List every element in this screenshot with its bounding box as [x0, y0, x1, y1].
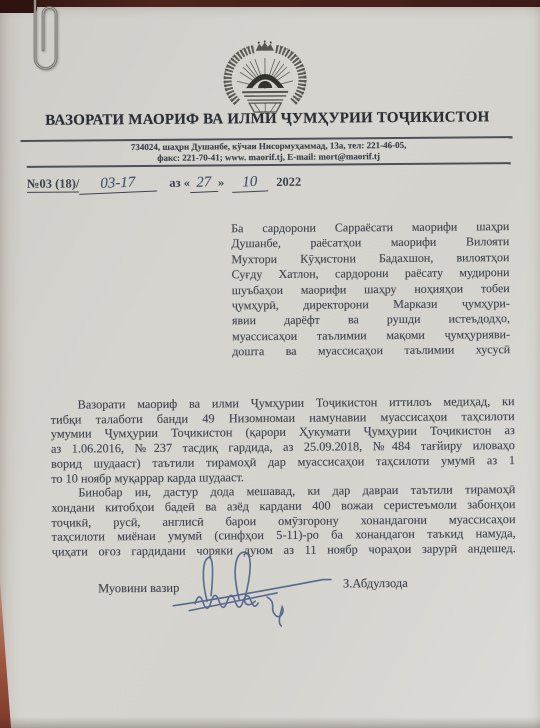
ministry-title: ВАЗОРАТИ МАОРИФ ВА ИЛМИ ҶУМҲУРИИ ТОҶИКИС…	[6, 109, 528, 130]
ref-day-handwritten: 27	[190, 174, 219, 193]
header-rule-bottom	[27, 162, 511, 167]
signature-scribble-icon	[165, 546, 361, 632]
bottom-shadow	[0, 717, 540, 728]
recipient-line: Суғду Хатлон, сардорони раёсату мудирони	[232, 265, 510, 283]
ref-number-printed: №03 (18)/	[27, 176, 80, 192]
ref-closing-quote: »	[218, 175, 224, 190]
recipient-line: дошта ва муассисаҳои таълимии хусусӣ	[232, 342, 510, 360]
ref-date-preposition: аз «	[169, 176, 190, 191]
reference-line: №03 (18)/03-17аз «27»102022	[27, 174, 302, 194]
ref-number-handwritten: 03-17	[79, 174, 158, 195]
photo-background: ВАЗОРАТИ МАОРИФ ВА ИЛМИ ҶУМҲУРИИ ТОҶИКИС…	[0, 0, 540, 728]
ref-year: 2022	[276, 175, 301, 190]
body-paragraph-1: Вазорати маориф ва илми Ҷумҳурии Тоҷикис…	[51, 394, 516, 486]
signer-name: З.Абдулзода	[343, 576, 408, 592]
ref-month-handwritten: 10	[232, 173, 269, 193]
letter-body: Вазорати маориф ва илми Ҷумҳурии Тоҷикис…	[51, 394, 516, 559]
paperclip-icon	[26, 0, 66, 86]
state-emblem-icon	[221, 40, 310, 117]
paper-sheet: ВАЗОРАТИ МАОРИФ ВА ИЛМИ ҶУМҲУРИИ ТОҶИКИС…	[0, 0, 540, 728]
recipient-block: Ба сардорони Сарраёсати маорифи шаҳри Ду…	[231, 219, 510, 360]
table-edge-top	[0, 0, 540, 7]
